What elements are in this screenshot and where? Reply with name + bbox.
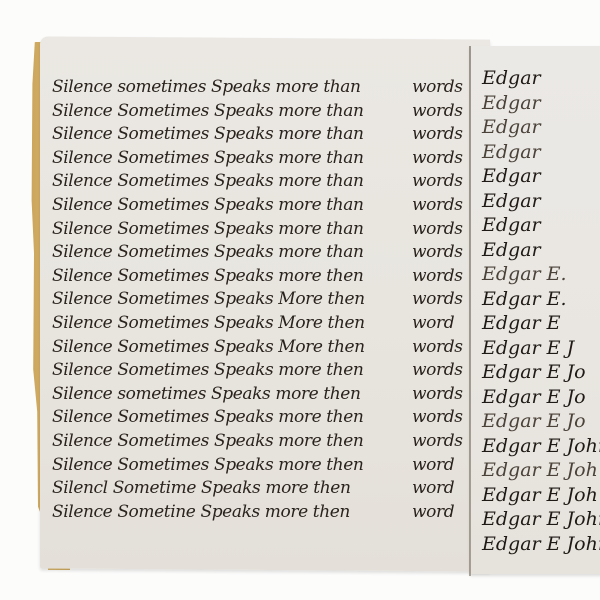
- handwritten-line: Silencl Sometime Speaks more thenword: [52, 477, 472, 501]
- signature-line: Edgar E John: [482, 434, 600, 459]
- handwritten-line: Silence Sometimes Speaks more thanwords: [52, 170, 472, 194]
- signature-line: Edgar: [482, 115, 600, 140]
- line-phrase: Silence Sometimes Speaks more than: [52, 100, 402, 124]
- handwritten-line: Silence Sometimes Speaks more thenwords: [52, 359, 472, 383]
- line-last-word: words: [412, 194, 463, 218]
- line-last-word: word: [412, 312, 454, 336]
- handwritten-line: Silence Sometimes Speaks more thanwords: [52, 100, 472, 124]
- handwritten-line: Silence Sometine Speaks more thenword: [52, 501, 472, 525]
- signature-line: Edgar E.: [482, 262, 600, 287]
- handwritten-line: Silence Sometimes Speaks more thanwords: [52, 123, 472, 147]
- line-phrase: Silence Sometimes Speaks more then: [52, 454, 402, 478]
- line-last-word: words: [412, 359, 463, 383]
- line-phrase: Silence Sometine Speaks more then: [52, 501, 402, 525]
- signature-line: Edgar E Jo: [482, 360, 600, 385]
- handwritten-line: Silence Sometimes Speaks more thanwords: [52, 241, 472, 265]
- signature-line: Edgar: [482, 66, 600, 91]
- signature-line: Edgar E.: [482, 287, 600, 312]
- signature-line: Edgar: [482, 213, 600, 238]
- handwritten-line: Silence Sometimes Speaks more thenwords: [52, 265, 472, 289]
- line-phrase: Silence Sometimes Speaks more then: [52, 406, 402, 430]
- handwritten-line: Silence Sometimes Speaks more thenwords: [52, 430, 472, 454]
- handwritten-line: Silence Sometimes Speaks more thanwords: [52, 194, 472, 218]
- line-phrase: Silence Sometimes Speaks more than: [52, 123, 402, 147]
- line-last-word: words: [412, 147, 463, 171]
- line-phrase: Silence Sometimes Speaks more then: [52, 265, 402, 289]
- line-phrase: Silence Sometimes Speaks more than: [52, 218, 402, 242]
- line-last-word: words: [412, 170, 463, 194]
- handwritten-line: Silence sometimes Speaks more thanwords: [52, 76, 472, 100]
- signature-line: Edgar: [482, 238, 600, 263]
- signature-line: Edgar: [482, 91, 600, 116]
- signature-line: Edgar E Jo: [482, 409, 600, 434]
- handwritten-line: Silence Sometimes Speaks more thenwords: [52, 406, 472, 430]
- signature-line: Edgar: [482, 140, 600, 165]
- signature-line: Edgar E John: [482, 532, 600, 557]
- line-phrase: Silence Sometimes Speaks more then: [52, 430, 402, 454]
- signature-line: Edgar E John: [482, 507, 600, 532]
- line-last-word: words: [412, 241, 463, 265]
- line-phrase: Silence Sometimes Speaks more than: [52, 147, 402, 171]
- line-last-word: words: [412, 430, 463, 454]
- line-phrase: Silence sometimes Speaks more then: [52, 383, 402, 407]
- line-last-word: word: [412, 454, 454, 478]
- line-last-word: words: [412, 383, 463, 407]
- handwritten-line: Silence Sometimes Speaks More thenwords: [52, 336, 472, 360]
- line-last-word: words: [412, 218, 463, 242]
- line-last-word: words: [412, 406, 463, 430]
- signature-line: Edgar: [482, 164, 600, 189]
- line-last-word: word: [412, 501, 454, 525]
- line-phrase: Silence Sometimes Speaks More then: [52, 288, 402, 312]
- line-phrase: Silence Sometimes Speaks more than: [52, 170, 402, 194]
- line-last-word: word: [412, 477, 454, 501]
- signature-line: Edgar E Joh: [482, 458, 600, 483]
- notebook-photo: Silence sometimes Speaks more thanwords …: [0, 0, 600, 600]
- line-last-word: words: [412, 100, 463, 124]
- line-phrase: Silencl Sometime Speaks more then: [52, 477, 402, 501]
- line-last-word: words: [412, 76, 463, 100]
- line-last-word: words: [412, 336, 463, 360]
- line-phrase: Silence Sometimes Speaks more than: [52, 194, 402, 218]
- line-phrase: Silence Sometimes Speaks More then: [52, 312, 402, 336]
- signature-line: Edgar E: [482, 311, 600, 336]
- signature-line: Edgar E Joh: [482, 483, 600, 508]
- signature-line: Edgar: [482, 189, 600, 214]
- handwritten-line: Silence Sometimes Speaks More thenword: [52, 312, 472, 336]
- signature-line: Edgar E Jo: [482, 385, 600, 410]
- line-phrase: Silence Sometimes Speaks More then: [52, 336, 402, 360]
- handwritten-line: Silence Sometimes Speaks More thenwords: [52, 288, 472, 312]
- handwritten-line: Silence Sometimes Speaks more thenword: [52, 454, 472, 478]
- handwritten-line: Silence Sometimes Speaks more thanwords: [52, 218, 472, 242]
- line-last-word: words: [412, 265, 463, 289]
- line-last-word: words: [412, 288, 463, 312]
- line-phrase: Silence Sometimes Speaks more than: [52, 241, 402, 265]
- signature-line: Edgar E J: [482, 336, 600, 361]
- left-page-handwriting: Silence sometimes Speaks more thanwords …: [52, 76, 472, 524]
- line-phrase: Silence sometimes Speaks more than: [52, 76, 402, 100]
- line-last-word: words: [412, 123, 463, 147]
- right-page-handwriting: Edgar Edgar Edgar Edgar Edgar Edgar Edga…: [482, 66, 600, 556]
- handwritten-line: Silence sometimes Speaks more thenwords: [52, 383, 472, 407]
- handwritten-line: Silence Sometimes Speaks more thanwords: [52, 147, 472, 171]
- line-phrase: Silence Sometimes Speaks more then: [52, 359, 402, 383]
